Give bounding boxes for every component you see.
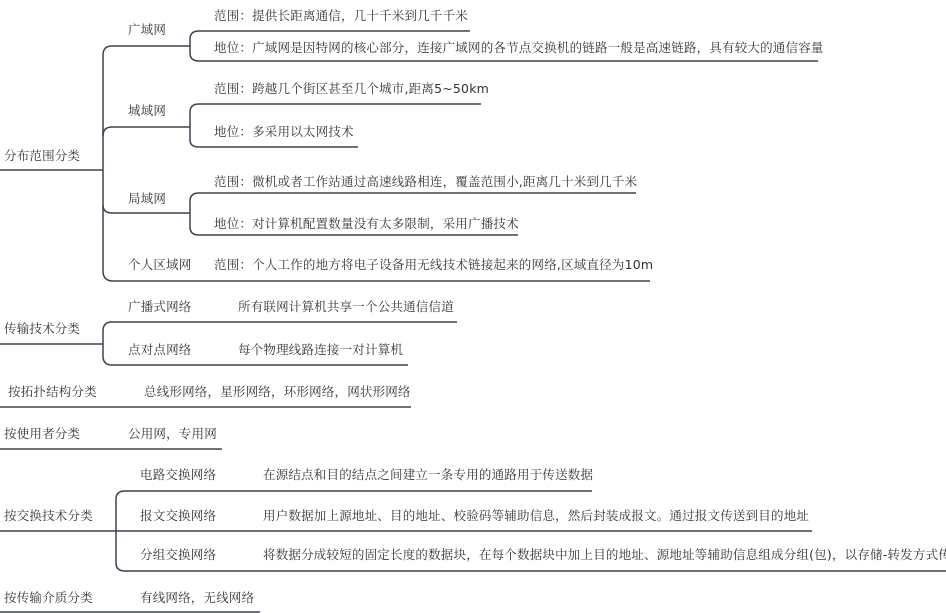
node-lan-role[interactable]: 地位：对计算机配置数量没有太多限制，采用广播技术 [214,216,519,232]
node-p2p-desc[interactable]: 每个物理线路连接一对计算机 [238,342,403,358]
node-p2p-network[interactable]: 点对点网络 [128,342,192,358]
node-pan-range[interactable]: 范围：个人工作的地方将电子设备用无线技术链接起来的网络,区域直径为10m [214,257,653,273]
root-branch-switching[interactable]: 按交换技术分类 [4,508,93,524]
node-broadcast-desc[interactable]: 所有联网计算机共享一个公共通信信道 [238,299,454,315]
node-broadcast-network[interactable]: 广播式网络 [128,299,192,315]
root-branch-distribution-range[interactable]: 分布范围分类 [4,148,80,164]
node-user-types[interactable]: 公用网，专用网 [128,426,217,442]
node-wan-role[interactable]: 地位：广域网是因特网的核心部分，连接广域网的各节点交换机的链路一般是高速链路，具… [214,40,824,56]
node-wan[interactable]: 广域网 [128,22,166,38]
node-man-role[interactable]: 地位：多采用以太网技术 [214,124,354,140]
node-message-switching-desc[interactable]: 用户数据加上源地址、目的地址、校验码等辅助信息，然后封装成报文。通过报文传送到目… [263,508,809,524]
node-medium-types[interactable]: 有线网络，无线网络 [140,590,254,606]
node-lan[interactable]: 局域网 [128,191,166,207]
node-lan-range[interactable]: 范围：微机或者工作站通过高速线路相连，覆盖范围小,距离几十米到几千米 [214,174,637,190]
node-pan[interactable]: 个人区域网 [128,257,192,273]
root-branch-transmission-tech[interactable]: 传输技术分类 [4,321,80,337]
node-circuit-switching-desc[interactable]: 在源结点和目的结点之间建立一条专用的通路用于传送数据 [263,467,593,483]
root-branch-user[interactable]: 按使用者分类 [4,426,80,442]
root-branch-medium[interactable]: 按传输介质分类 [4,590,93,606]
node-packet-switching[interactable]: 分组交换网络 [140,547,216,563]
root-branch-topology[interactable]: 按拓扑结构分类 [8,384,97,400]
node-man-range[interactable]: 范围：跨越几个街区甚至几个城市,距离5~50km [214,81,489,97]
node-circuit-switching[interactable]: 电路交换网络 [140,467,216,483]
node-topology-types[interactable]: 总线形网络，星形网络，环形网络，网状形网络 [144,384,411,400]
node-packet-switching-desc[interactable]: 将数据分成较短的固定长度的数据块，在每个数据块中加上目的地址、源地址等辅助信息组… [263,547,946,563]
node-message-switching[interactable]: 报文交换网络 [140,508,216,524]
node-man[interactable]: 城域网 [128,103,166,119]
node-wan-range[interactable]: 范围：提供长距离通信，几十千米到几千千米 [214,8,468,24]
